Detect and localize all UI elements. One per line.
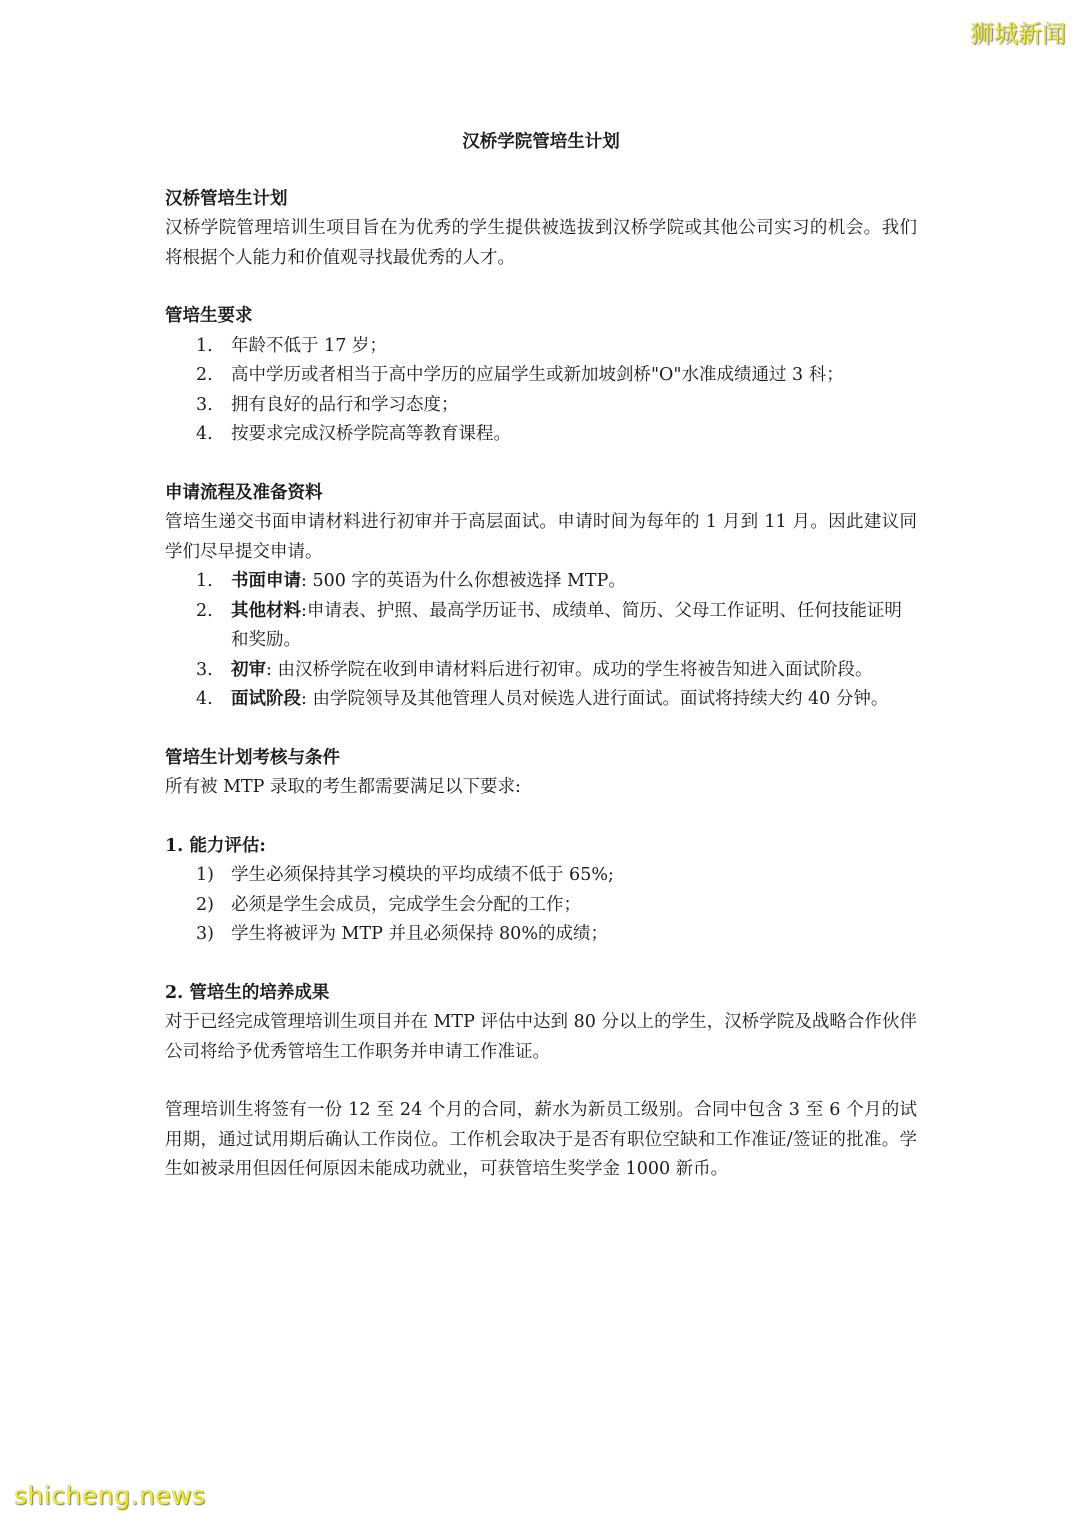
section-heading-application: 申请流程及准备资料	[165, 479, 917, 509]
document-page: 汉桥学院管培生计划 汉桥管培生计划 汉桥学院管理培训生项目旨在为优秀的学生提供被…	[165, 128, 917, 1185]
section-heading-program: 汉桥管培生计划	[165, 185, 917, 215]
subsection-heading-ability: 1. 能力评估:	[165, 832, 917, 862]
requirements-list: 1.年龄不低于 17 岁； 2.高中学历或者相当于高中学历的应届学生或新加坡剑桥…	[165, 332, 917, 450]
ability-list: 1)学生必须保持其学习模块的平均成绩不低于 65%; 2)必须是学生会成员，完成…	[165, 861, 917, 950]
section-paragraph-application: 管培生递交书面申请材料进行初审并于高层面试。申请时间为每年的 1 月到 11 月…	[165, 508, 917, 567]
list-item: 4.按要求完成汉桥学院高等教育课程。	[165, 420, 917, 450]
outcomes-paragraph-1: 对于已经完成管理培训生项目并在 MTP 评估中达到 80 分以上的学生，汉桥学院…	[165, 1008, 917, 1067]
list-item: 2.高中学历或者相当于高中学历的应届学生或新加坡剑桥"O"水准成绩通过 3 科；	[165, 361, 917, 391]
outcomes-paragraph-2: 管理培训生将签有一份 12 至 24 个月的合同，薪水为新员工级别。合同中包含 …	[165, 1096, 917, 1185]
section-heading-assessment: 管培生计划考核与条件	[165, 744, 917, 774]
subsection-heading-outcomes: 2. 管培生的培养成果	[165, 979, 917, 1009]
list-item: 1)学生必须保持其学习模块的平均成绩不低于 65%;	[165, 861, 917, 891]
watermark-top-right: 狮城新闻	[970, 14, 1066, 49]
list-item: 3)学生将被评为 MTP 并且必须保持 80%的成绩；	[165, 920, 917, 950]
application-steps-list: 1.书面申请: 500 字的英语为什么你想被选择 MTP。 2.其他材料:申请表…	[165, 567, 917, 715]
section-paragraph-program: 汉桥学院管理培训生项目旨在为优秀的学生提供被选拔到汉桥学院或其他公司实习的机会。…	[165, 214, 917, 273]
section-paragraph-assessment: 所有被 MTP 录取的考生都需要满足以下要求:	[165, 773, 917, 803]
list-item: 3.初审: 由汉桥学院在收到申请材料后进行初审。成功的学生将被告知进入面试阶段。	[165, 656, 917, 686]
section-heading-requirements: 管培生要求	[165, 302, 917, 332]
document-title: 汉桥学院管培生计划	[165, 128, 917, 158]
list-item: 4.面试阶段: 由学院领导及其他管理人员对候选人进行面试。面试将持续大约 40 …	[165, 685, 917, 715]
list-item: 2)必须是学生会成员，完成学生会分配的工作；	[165, 891, 917, 921]
watermark-bottom-left: shicheng.news	[14, 1481, 206, 1510]
list-item: 2.其他材料:申请表、护照、最高学历证书、成绩单、简历、父母工作证明、任何技能证…	[165, 597, 917, 656]
list-item: 3.拥有良好的品行和学习态度；	[165, 391, 917, 421]
list-item: 1.年龄不低于 17 岁；	[165, 332, 917, 362]
list-item: 1.书面申请: 500 字的英语为什么你想被选择 MTP。	[165, 567, 917, 597]
